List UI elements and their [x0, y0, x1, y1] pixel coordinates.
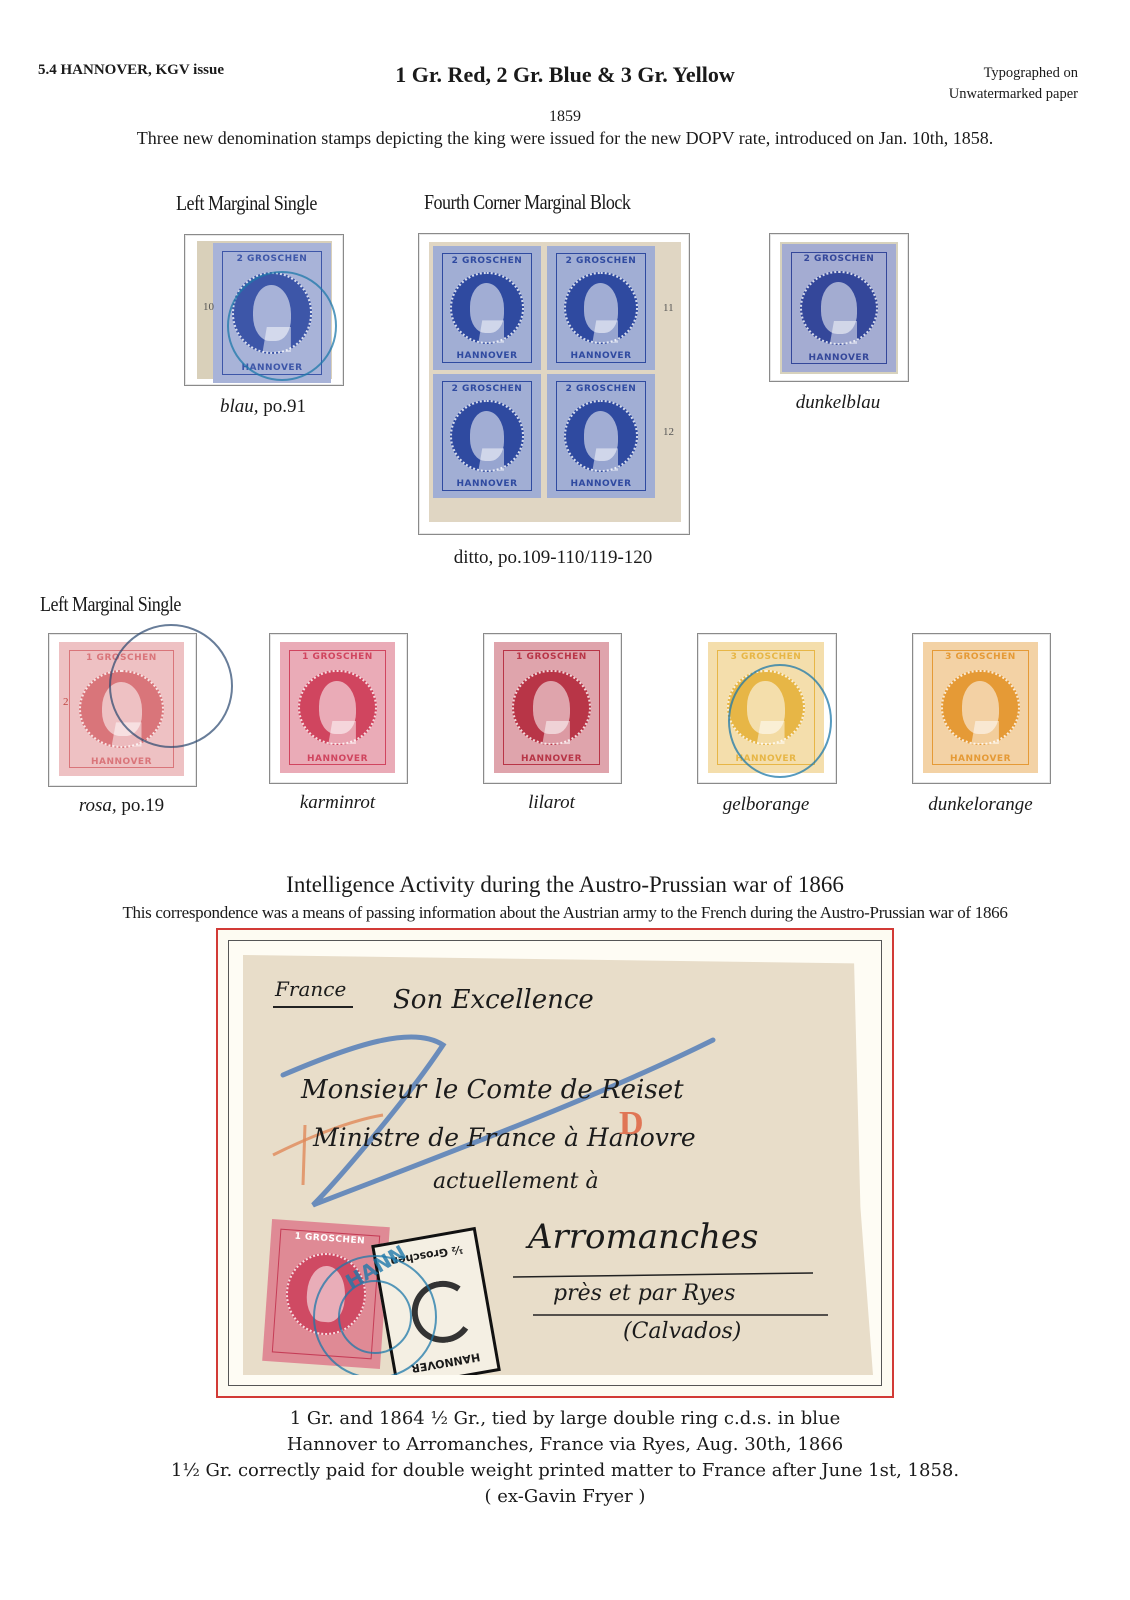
margin-number: 10 [203, 301, 214, 313]
stamp-country-text: HANNOVER [433, 351, 541, 361]
issue-year: 1859 [0, 108, 1130, 126]
cover-inner-border: France Son Excellence Monsieur le Comte … [228, 940, 882, 1386]
address-line2: Monsieur le Comte de Reiset [301, 1075, 684, 1105]
stamp-mount-blau: 2 GROSCHENHANNOVER 10 [184, 234, 344, 386]
heading-left-marginal-single: Left Marginal Single [176, 191, 317, 216]
stamp-country-text: HANNOVER [923, 754, 1038, 764]
caption-gelborange: gelborange [697, 794, 835, 816]
heading-left-marginal-single-2: Left Marginal Single [40, 592, 181, 617]
footer-line4: ( ex-Gavin Fryer ) [0, 1486, 1130, 1507]
caption-dunkelorange: dunkelorange [912, 794, 1049, 816]
heading-corner-block: Fourth Corner Marginal Block [424, 190, 630, 215]
stamp-denomination-text: 1 GROSCHEN [280, 652, 395, 662]
stamp-portrait-neck [478, 448, 504, 470]
margin-number: 2 [63, 696, 69, 708]
address-line5: Arromanches [528, 1217, 758, 1257]
address-country: France [275, 977, 346, 1001]
stamp-mount-dunkelblau: 2 GROSCHENHANNOVER [769, 233, 909, 382]
stamp-denomination-text: 2 GROSCHEN [433, 256, 541, 266]
intro-text: Three new denomination stamps depicting … [0, 128, 1130, 149]
address-line6: près et par Ryes [553, 1281, 735, 1306]
stamp-mount-gelborange: 3 GROSCHENHANNOVER [697, 633, 837, 784]
red-d-marking: D [619, 1105, 644, 1143]
stamp-country-text: HANNOVER [59, 757, 184, 767]
block-stamp-4: 2 GROSCHENHANNOVER [547, 374, 655, 498]
caption-rosa: rosa, po.19 [48, 795, 195, 817]
stamp-denomination-text: 2 GROSCHEN [213, 254, 331, 264]
address-line1: Son Excellence [393, 985, 594, 1015]
stamp-mount-lilarot: 1 GROSCHENHANNOVER [483, 633, 622, 784]
stamp-portrait-neck [478, 320, 504, 342]
stamp-portrait-neck [971, 721, 999, 745]
postmark-ring [227, 271, 337, 381]
caption-lilarot: lilarot [483, 792, 620, 814]
cover-section-subtitle: This correspondence was a means of passi… [0, 903, 1130, 923]
caption-dunkelblau: dunkelblau [769, 392, 907, 414]
stamp-country-text: HANNOVER [547, 479, 655, 489]
footer-line3: 1½ Gr. correctly paid for double weight … [0, 1460, 1130, 1481]
printing-note-line1: Typographed on [949, 63, 1078, 84]
margin-number-11: 11 [663, 302, 674, 314]
stamp-dunkelorange: 3 GROSCHENHANNOVER [923, 642, 1038, 773]
stamp-portrait-neck [592, 320, 618, 342]
address-line4: actuellement à [433, 1169, 599, 1194]
cover-section-title: Intelligence Activity during the Austro-… [0, 872, 1130, 898]
stamp-mount-rosa: 1 GROSCHENHANNOVER2 [48, 633, 197, 787]
caption-karminrot: karminrot [269, 792, 406, 814]
footer-line1: 1 Gr. and 1864 ½ Gr., tied by large doub… [0, 1408, 1130, 1429]
stamp-denomination-text: 2 GROSCHEN [782, 254, 896, 264]
stamp-denomination-text: 2 GROSCHEN [547, 384, 655, 394]
stamp-2gr-dunkelblau: 2 GROSCHENHANNOVER [782, 244, 896, 372]
stamp-country-text: HANNOVER [280, 754, 395, 764]
stamp-portrait-neck [592, 448, 618, 470]
footer-line2: Hannover to Arromanches, France via Ryes… [0, 1434, 1130, 1455]
cover-postmark-inner [338, 1280, 412, 1354]
margin-number-12: 12 [663, 426, 674, 438]
stamp-denomination-text: 3 GROSCHEN [923, 652, 1038, 662]
stamp-denomination-text: 2 GROSCHEN [547, 256, 655, 266]
printing-note: Typographed on Unwatermarked paper [949, 63, 1078, 105]
stamp-portrait-neck [542, 721, 570, 745]
postmark-cancel [109, 624, 233, 748]
caption-block: ditto, po.109-110/119-120 [418, 547, 688, 569]
stamp-mount-dunkelorange: 3 GROSCHENHANNOVER [912, 633, 1051, 784]
block-stamp-3: 2 GROSCHENHANNOVER [433, 374, 541, 498]
printing-note-line2: Unwatermarked paper [949, 84, 1078, 105]
cover-mount: France Son Excellence Monsieur le Comte … [216, 928, 894, 1398]
stamp-country-text: HANNOVER [547, 351, 655, 361]
stamp-mount-block: 2 GROSCHENHANNOVER 2 GROSCHENHANNOVER 2 … [418, 233, 690, 535]
stamp-country-text: HANNOVER [782, 353, 896, 363]
stamp-country-text: HANNOVER [433, 479, 541, 489]
stamp-karminrot: 1 GROSCHENHANNOVER [280, 642, 395, 773]
stamp-portrait-neck [830, 321, 857, 344]
postmark-cancel [728, 664, 832, 778]
address-line7: (Calvados) [623, 1319, 741, 1344]
caption-blau: blau, po.91 [184, 396, 342, 418]
stamp-country-text: HANNOVER [494, 754, 609, 764]
cover-envelope: France Son Excellence Monsieur le Comte … [243, 955, 873, 1375]
block-stamp-1: 2 GROSCHENHANNOVER [433, 246, 541, 370]
stamp-denomination-text: 3 GROSCHEN [708, 652, 824, 662]
stamp-portrait-neck [328, 721, 356, 745]
stamp-denomination-text: 2 GROSCHEN [433, 384, 541, 394]
block-stamp-2: 2 GROSCHENHANNOVER [547, 246, 655, 370]
stamp-denomination-text: 1 GROSCHEN [494, 652, 609, 662]
stamp-lilarot: 1 GROSCHENHANNOVER [494, 642, 609, 773]
stamp-mount-karminrot: 1 GROSCHENHANNOVER [269, 633, 408, 784]
